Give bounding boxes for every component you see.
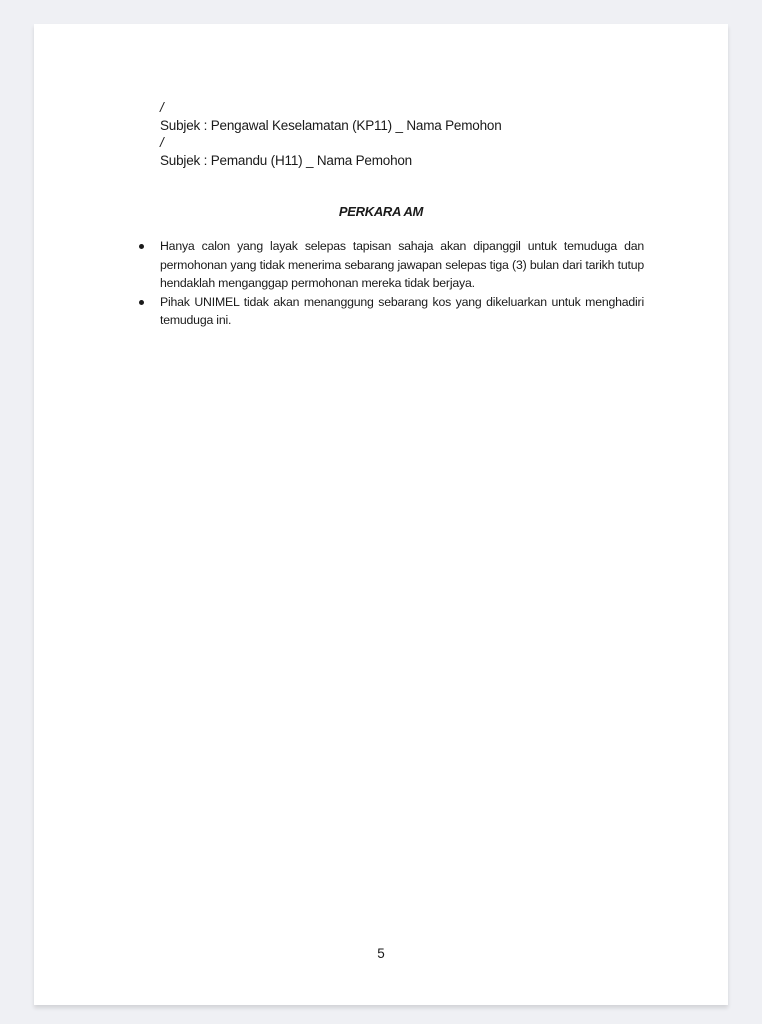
bullet-icon (139, 300, 144, 305)
subject-line-h11: Subjek : Pemandu (H11) _ Nama Pemohon (160, 152, 502, 170)
list-item: Pihak UNIMEL tidak akan menanggung sebar… (134, 293, 644, 330)
page-number: 5 (34, 946, 728, 961)
slash-separator: / (160, 99, 502, 117)
slash-separator: / (160, 134, 502, 152)
list-item-text: Pihak UNIMEL tidak akan menanggung sebar… (160, 295, 644, 328)
document-page: / Subjek : Pengawal Keselamatan (KP11) _… (34, 24, 728, 1005)
general-matters-list: Hanya calon yang layak selepas tapisan s… (134, 237, 644, 330)
subject-block: / Subjek : Pengawal Keselamatan (KP11) _… (160, 99, 502, 169)
section-title: PERKARA AM (34, 204, 728, 219)
bullet-icon (139, 244, 144, 249)
list-item-text: Hanya calon yang layak selepas tapisan s… (160, 239, 644, 290)
subject-line-kp11: Subjek : Pengawal Keselamatan (KP11) _ N… (160, 117, 502, 135)
list-item: Hanya calon yang layak selepas tapisan s… (134, 237, 644, 293)
